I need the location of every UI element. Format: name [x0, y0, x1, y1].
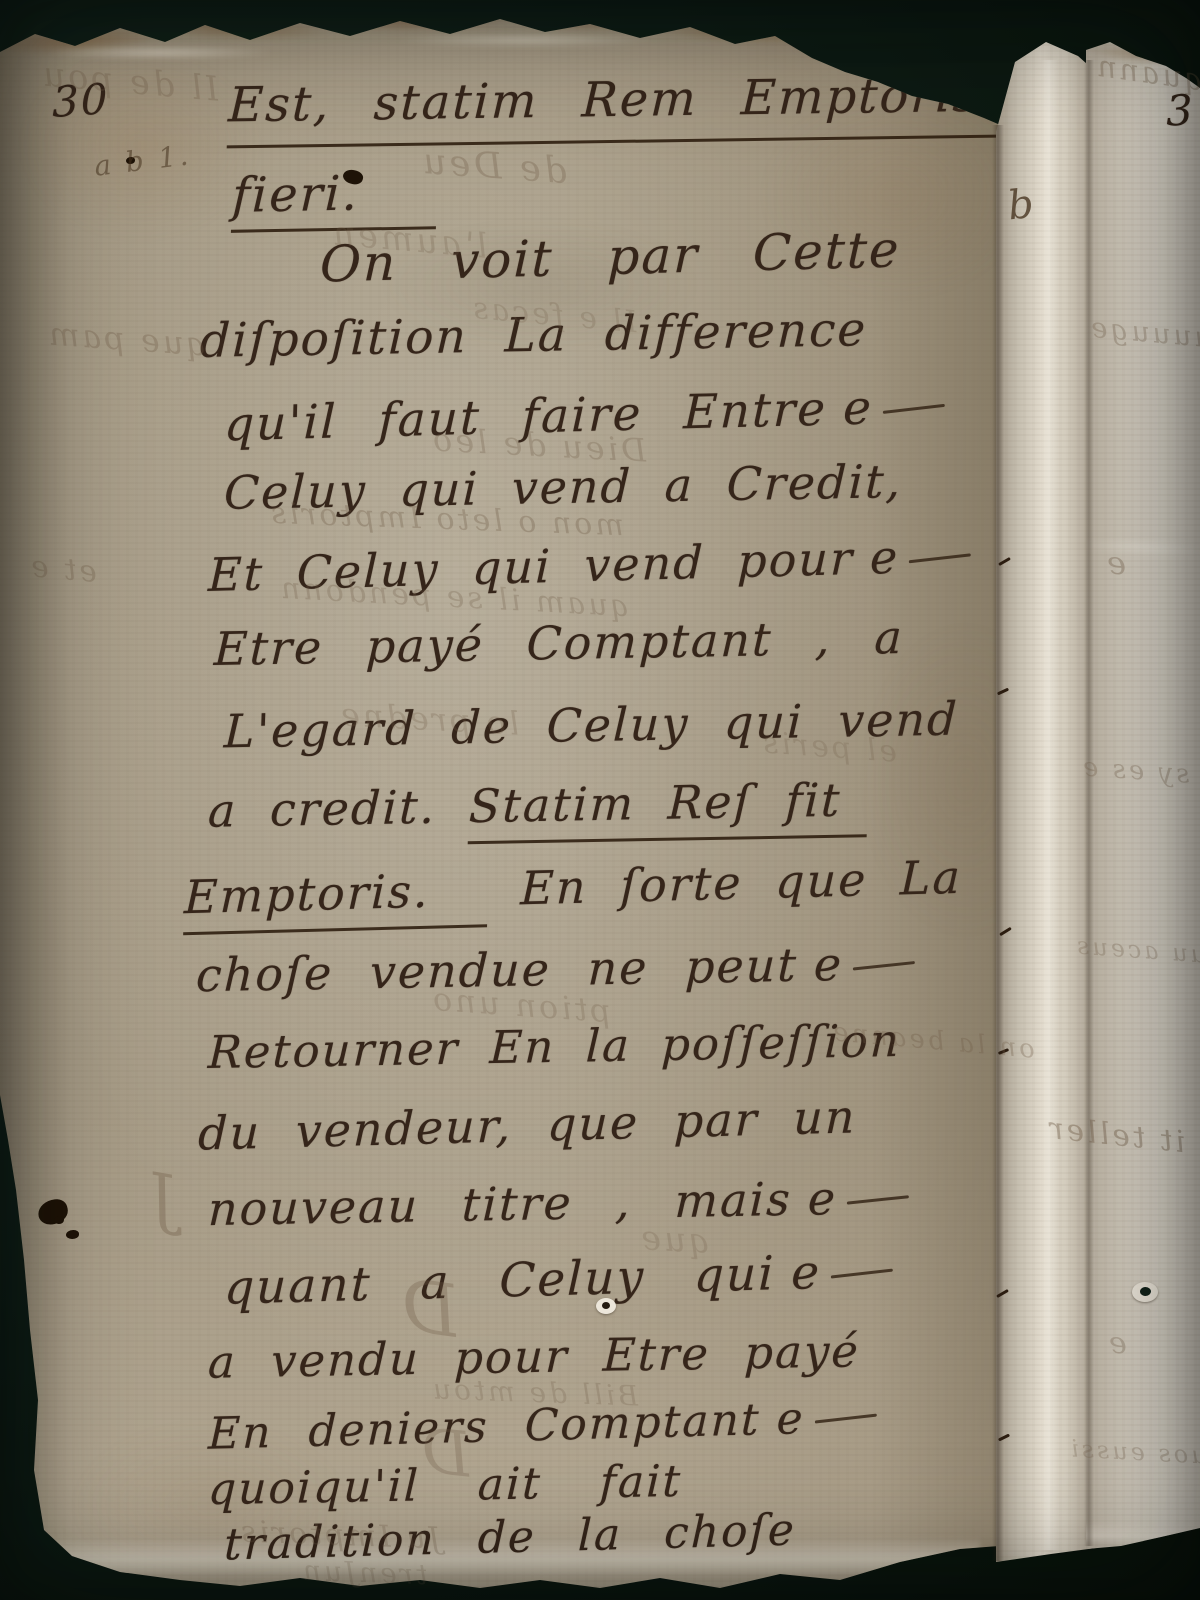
handwritten-text: En ſorte que La	[487, 850, 963, 916]
paper-texture	[996, 0, 1096, 1600]
flourish-e: e	[807, 1171, 838, 1226]
ink-blot	[36, 1197, 71, 1228]
ink-mark	[997, 688, 1009, 696]
manuscript-line: Et Celuy qui vend poure	[207, 528, 972, 602]
paper-hole	[1132, 1282, 1158, 1302]
tear-highlight	[400, 34, 650, 46]
flourish-e: e	[791, 1245, 822, 1301]
pen-flourish	[853, 961, 915, 970]
handwritten-text: qu'il faut faire Entre	[223, 382, 827, 453]
handwritten-text: Retourner En la poſſeſſion	[207, 1014, 902, 1079]
handwritten-text: choſe vendue ne peut	[195, 938, 799, 1003]
manuscript-page: 30 Est, statim Rem Emptoris fieri. On vo…	[0, 0, 1012, 1600]
pen-flourish	[815, 1414, 877, 1424]
manuscript-line: L'egard de Celuy qui vend	[223, 692, 959, 759]
manuscript-line: a vendu pour Etre payé	[207, 1324, 861, 1388]
handwritten-text: Celuy qui vend a Credit,	[223, 454, 903, 520]
pen-flourish	[847, 1195, 909, 1204]
pen-flourish	[909, 553, 971, 563]
manuscript-line: Emptoris. En ſorte que La	[183, 850, 962, 924]
underlined-text: Emptoris.	[183, 862, 488, 935]
ink-blot	[54, 1216, 64, 1224]
ink-mark	[996, 1289, 1009, 1298]
next-page-edge: 3	[1086, 0, 1200, 1600]
manuscript-line: tradition de la choſe	[223, 1504, 796, 1570]
handwritten-text: a credit.	[207, 779, 470, 838]
page-number-left: 30	[52, 74, 110, 127]
manuscript-line: Celuy qui vend a Credit,	[223, 454, 903, 520]
manuscript-line: choſe vendue ne peute	[195, 936, 916, 1003]
handwritten-text: L'egard de Celuy qui vend	[223, 692, 959, 759]
handwritten-text: diſpoſition La difference	[199, 302, 868, 369]
ink-mark	[998, 1434, 1010, 1442]
ink-mark	[999, 927, 1012, 936]
tear-toning	[140, 11, 331, 44]
handwritten-text: a vendu pour Etre payé	[207, 1324, 861, 1388]
ink-mark	[998, 557, 1011, 566]
manuscript-line: nouveau titre , maise	[207, 1170, 910, 1236]
handwritten-text: Et Celuy qui vend pour	[207, 531, 854, 602]
heading-line-2: fieri.	[231, 164, 438, 233]
pen-flourish	[883, 404, 945, 414]
flourish-e: e	[869, 530, 900, 585]
tear-toning	[310, 6, 520, 34]
deckle-highlight	[1080, 1520, 1200, 1540]
manuscript-line: diſpoſition La difference	[199, 302, 868, 369]
manuscript-photo: 30 Est, statim Rem Emptoris fieri. On vo…	[0, 0, 1200, 1600]
manuscript-line: On voit par Cette	[319, 220, 901, 293]
underlined-heading-text: fieri.	[231, 164, 438, 233]
handwritten-text: En deniers Comptant	[207, 1394, 761, 1460]
tear-toning	[649, 11, 840, 49]
tear-toning	[1085, 40, 1200, 68]
tear-toning	[500, 5, 670, 34]
tear-highlight	[50, 46, 270, 59]
page-number-right: 3	[1165, 86, 1195, 136]
manuscript-line: quant a Celuy quie	[223, 1243, 893, 1316]
underlined-text: Statim Reſ fit	[468, 772, 869, 844]
handwritten-text: nouveau titre , mais	[207, 1172, 793, 1236]
ink-blot	[66, 1230, 79, 1239]
ink-mark	[998, 1048, 1009, 1055]
tear-toning	[0, 22, 161, 59]
flourish-e: e	[776, 1393, 805, 1445]
manuscript-line: du vendeur, que par un	[197, 1089, 857, 1160]
manuscript-line: Retourner En la poſſeſſion	[207, 1014, 902, 1079]
handwritten-text: On voit par Cette	[319, 220, 901, 293]
page-fold	[996, 0, 1096, 1600]
pen-flourish	[831, 1269, 893, 1279]
manuscript-line: quoiqu'il ait fait	[207, 1456, 683, 1515]
paper-hole	[596, 1298, 616, 1314]
paper-texture	[1086, 0, 1200, 1600]
handwritten-text: tradition de la choſe	[223, 1504, 796, 1570]
handwritten-text: Etre payé Comptant , a	[213, 610, 905, 676]
manuscript-line: a credit. Statim Reſ fit	[207, 772, 868, 838]
heading-line-1: Est, statim Rem Emptoris	[227, 67, 1000, 149]
manuscript-line: qu'il faut faire Entree	[223, 379, 945, 453]
manuscript-line: Etre payé Comptant , a	[213, 610, 905, 676]
manuscript-line: En deniers Comptante	[207, 1391, 877, 1460]
handwritten-text: quoiqu'il ait fait	[207, 1456, 683, 1515]
flourish-e: e	[813, 937, 844, 992]
ink-blot	[126, 157, 135, 164]
handwritten-text: du vendeur, que par un	[197, 1089, 857, 1160]
underlined-heading-text: Est, statim Rem Emptoris	[227, 67, 1000, 149]
crease-highlight	[1080, 538, 1200, 557]
flourish-e: e	[842, 380, 873, 436]
handwritten-text: quant a Celuy qui	[223, 1246, 776, 1315]
